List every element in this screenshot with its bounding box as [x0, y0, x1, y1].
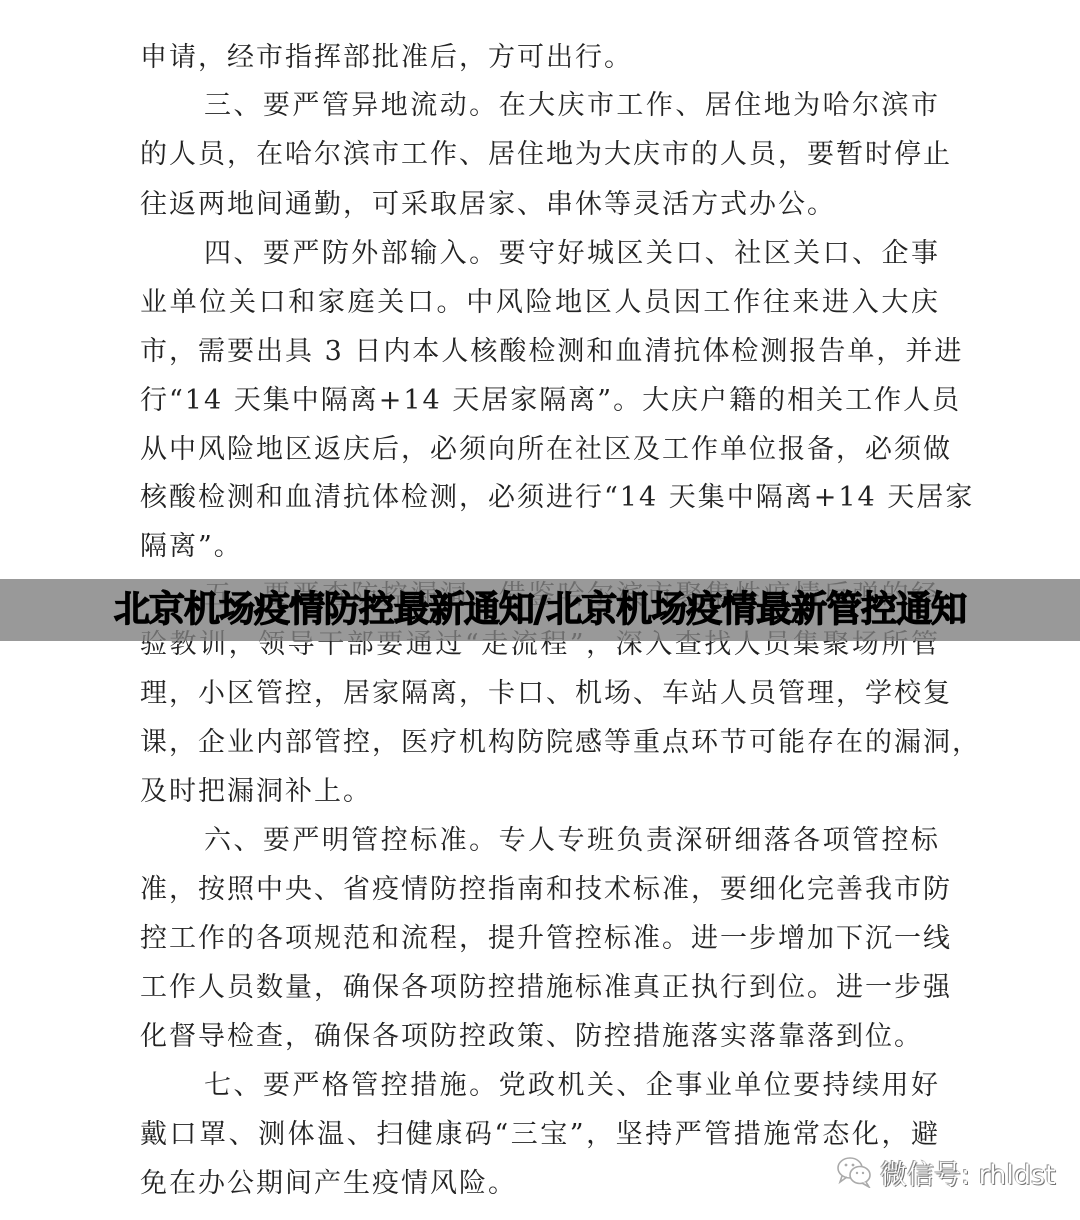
paragraph-line: 及时把漏洞补上。 [140, 772, 940, 812]
wechat-icon [836, 1156, 874, 1188]
article-title: 北京机场疫情防控最新通知/北京机场疫情最新管控通知 [0, 579, 1080, 641]
paragraph-line: 控工作的各项规范和流程，提升管控标准。进一步增加下沉一线 [140, 919, 940, 959]
paragraph-first-line: 四、要严防外部输入。要守好城区关口、社区关口、企事 [204, 234, 940, 274]
paragraph-line: 工作人员数量，确保各项防控措施标准真正执行到位。进一步强 [140, 968, 940, 1008]
paragraph-line: 免在办公期间产生疫情风险。 [140, 1164, 940, 1204]
paragraph-line: 行“14 天集中隔离+14 天居家隔离”。大庆户籍的相关工作人员 [140, 381, 940, 421]
paragraph-line: 业单位关口和家庭关口。中风险地区人员因工作往来进入大庆 [140, 283, 940, 323]
paragraph-line: 理，小区管控，居家隔离，卡口、机场、车站人员管理，学校复 [140, 674, 940, 714]
paragraph-line: 化督导检查，确保各项防控政策、防控措施落实落靠落到位。 [140, 1017, 940, 1057]
watermark-text: 微信号: rhldst [880, 1153, 1056, 1192]
paragraph-line: 往返两地间通勤，可采取居家、串休等灵活方式办公。 [140, 185, 940, 225]
paragraph-line: 从中风险地区返庆后，必须向所在社区及工作单位报备，必须做 [140, 430, 940, 470]
paragraph-first-line: 七、要严格管控措施。党政机关、企事业单位要持续用好 [204, 1066, 940, 1106]
paragraph-line: 戴口罩、测体温、扫健康码“三宝”，坚持严管措施常态化，避 [140, 1115, 940, 1155]
paragraph-line: 的人员，在哈尔滨市工作、居住地为大庆市的人员，要暂时停止 [140, 135, 940, 175]
paragraph-first-line: 三、要严管异地流动。在大庆市工作、居住地为哈尔滨市 [204, 86, 940, 126]
wechat-watermark: 微信号: rhldst [836, 1152, 1056, 1192]
paragraph-line: 申请，经市指挥部批准后，方可出行。 [140, 38, 940, 78]
paragraph-first-line: 六、要严明管控标准。专人专班负责深研细落各项管控标 [204, 821, 940, 861]
paragraph-line: 准，按照中央、省疫情防控指南和技术标准，要细化完善我市防 [140, 870, 940, 910]
paragraph-line: 市，需要出具 3 日内本人核酸检测和血清抗体检测报告单，并进 [140, 332, 940, 372]
paragraph-line: 课，企业内部管控，医疗机构防院感等重点环节可能存在的漏洞， [140, 723, 940, 763]
paragraph-line: 隔离”。 [140, 527, 940, 567]
paragraph-line: 核酸检测和血清抗体检测，必须进行“14 天集中隔离+14 天居家 [140, 478, 940, 518]
